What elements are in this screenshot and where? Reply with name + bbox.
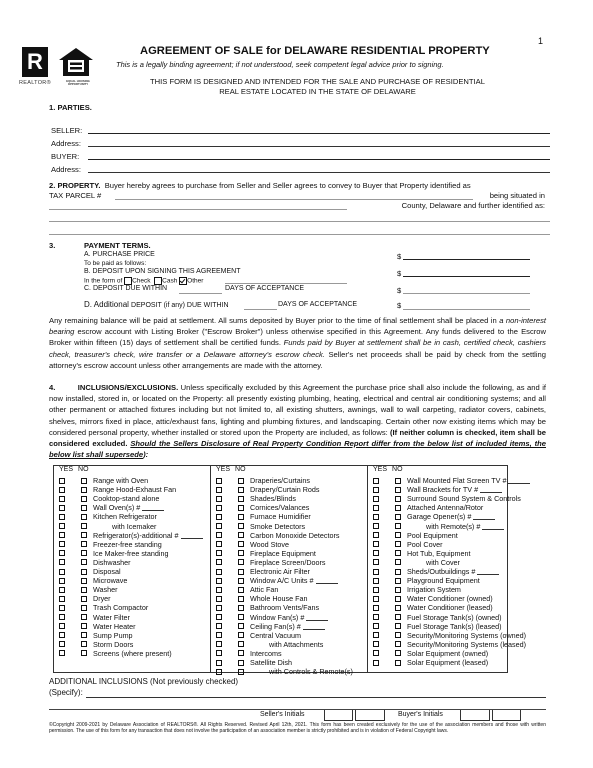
no-checkbox[interactable] [81, 532, 87, 538]
yes-checkbox[interactable] [59, 614, 65, 620]
no-checkbox[interactable] [238, 514, 244, 520]
inclusion-item-label: Garage Opener(s) # [407, 512, 471, 521]
no-checkbox[interactable] [81, 614, 87, 620]
yes-checkbox[interactable] [59, 632, 65, 638]
yes-header: YES [373, 466, 387, 473]
yes-checkbox[interactable] [216, 605, 222, 611]
inclusion-item: Draperies/Curtains [211, 476, 367, 485]
no-checkbox[interactable] [81, 587, 87, 593]
realtor-logo-icon: R [22, 47, 48, 77]
document-subtitle: This is a legally binding agreement; if … [116, 60, 444, 69]
inclusion-item-label: Attic Fan [250, 585, 278, 594]
seller-field[interactable] [88, 133, 550, 134]
inclusion-item: Freezer-free standing [54, 540, 210, 549]
yes-checkbox[interactable] [59, 623, 65, 629]
no-checkbox[interactable] [238, 569, 244, 575]
yes-checkbox[interactable] [373, 496, 379, 502]
yes-checkbox[interactable] [216, 669, 222, 675]
quantity-field[interactable] [482, 522, 504, 530]
yes-checkbox[interactable] [373, 596, 379, 602]
property-description-line-2[interactable] [49, 234, 550, 235]
inclusions-column-2: YESNO Draperies/CurtainsDrapery/Curtain … [211, 466, 368, 672]
equal-housing-label: EQUAL HOUSING OPPORTUNITY [60, 80, 96, 86]
inclusion-item-label: Security/Monitoring Systems (owned) [407, 631, 526, 640]
no-checkbox[interactable] [81, 550, 87, 556]
no-checkbox[interactable] [395, 614, 401, 620]
no-checkbox[interactable] [238, 487, 244, 493]
inclusion-item: Ice Maker-free standing [54, 549, 210, 558]
cash-checkbox[interactable] [154, 277, 162, 285]
buyer-label: BUYER: [51, 152, 79, 161]
yes-checkbox[interactable] [373, 632, 379, 638]
inclusion-item: Ceiling Fan(s) # [211, 622, 367, 631]
no-checkbox[interactable] [395, 569, 401, 575]
being-situated-text: being situated in [475, 191, 545, 200]
no-checkbox[interactable] [238, 650, 244, 656]
inclusion-item: Hot Tub, Equipment [368, 549, 507, 558]
inclusion-item: Window Fan(s) # [211, 613, 367, 622]
buyer-initials-box-1[interactable] [460, 710, 490, 721]
yes-checkbox[interactable] [216, 505, 222, 511]
yes-checkbox[interactable] [373, 623, 379, 629]
yes-checkbox[interactable] [59, 650, 65, 656]
yes-checkbox[interactable] [373, 514, 379, 520]
no-checkbox[interactable] [238, 505, 244, 511]
no-checkbox[interactable] [395, 505, 401, 511]
inclusion-item: Bathroom Vents/Fans [211, 603, 367, 612]
no-checkbox[interactable] [81, 650, 87, 656]
deposit-signing-label: B. DEPOSIT UPON SIGNING THIS AGREEMENT [84, 268, 241, 275]
tax-parcel-field[interactable] [115, 199, 473, 200]
no-checkbox[interactable] [238, 496, 244, 502]
balance-paragraph: Any remaining balance will be paid at se… [49, 315, 546, 371]
yes-checkbox[interactable] [59, 569, 65, 575]
inclusion-item: Dishwasher [54, 558, 210, 567]
inclusion-item-label: with Controls & Remote(s) [269, 667, 353, 676]
county-text: County, Delaware and further identified … [349, 201, 545, 210]
yes-checkbox[interactable] [216, 660, 222, 666]
inclusion-item-label: Security/Monitoring Systems (leased) [407, 640, 526, 649]
seller-initials-box-2[interactable] [355, 710, 385, 721]
no-checkbox[interactable] [395, 623, 401, 629]
yes-checkbox[interactable] [216, 650, 222, 656]
no-checkbox[interactable] [395, 550, 401, 556]
quantity-field[interactable] [480, 485, 502, 493]
inclusion-item: Wall Brackets for TV # [368, 485, 507, 494]
deposit-signing-field[interactable] [403, 276, 530, 277]
no-checkbox[interactable] [395, 532, 401, 538]
inclusion-item: Water Conditioner (leased) [368, 603, 507, 612]
yes-checkbox[interactable] [59, 559, 65, 565]
no-checkbox[interactable] [238, 532, 244, 538]
inclusion-item-label: Fireplace Screen/Doors [250, 558, 326, 567]
no-checkbox[interactable] [238, 660, 244, 666]
no-checkbox[interactable] [395, 514, 401, 520]
inclusion-item-label: Water Conditioner (owned) [407, 594, 493, 603]
yes-checkbox[interactable] [216, 478, 222, 484]
yes-checkbox[interactable] [59, 596, 65, 602]
inclusion-item-label: Range Hood-Exhaust Fan [93, 485, 176, 494]
no-checkbox[interactable] [238, 632, 244, 638]
quantity-field[interactable] [477, 567, 499, 575]
inclusion-item-label: Irrigation System [407, 585, 461, 594]
yes-checkbox[interactable] [216, 623, 222, 629]
inclusion-item-label: Whole House Fan [250, 594, 308, 603]
inclusion-item: Water Conditioner (owned) [368, 594, 507, 603]
yes-checkbox[interactable] [59, 523, 65, 529]
no-checkbox[interactable] [395, 660, 401, 666]
inclusion-item-label: Shades/Blinds [250, 494, 296, 503]
no-checkbox[interactable] [238, 523, 244, 529]
seller-label: SELLER: [51, 126, 82, 135]
no-checkbox[interactable] [238, 596, 244, 602]
inclusion-item: Kitchen Refrigerator [54, 512, 210, 521]
yes-checkbox[interactable] [373, 478, 379, 484]
inclusion-item: Carbon Monoxide Detectors [211, 531, 367, 540]
yes-checkbox[interactable] [59, 550, 65, 556]
inclusion-item-label: Microwave [93, 576, 127, 585]
no-checkbox[interactable] [238, 559, 244, 565]
inclusion-item-label: Cooktop-stand alone [93, 494, 159, 503]
yes-checkbox[interactable] [373, 650, 379, 656]
seller-address-field[interactable] [88, 146, 550, 147]
quantity-field[interactable] [316, 576, 338, 584]
no-checkbox[interactable] [395, 605, 401, 611]
yes-checkbox[interactable] [373, 487, 379, 493]
quantity-field[interactable] [142, 503, 164, 511]
yes-checkbox[interactable] [216, 559, 222, 565]
inclusion-item-label: Wall Brackets for TV # [407, 485, 478, 494]
inclusion-item: Smoke Detectors [211, 522, 367, 531]
no-checkbox[interactable] [395, 578, 401, 584]
inclusion-item: Security/Monitoring Systems (leased) [368, 640, 507, 649]
no-checkbox[interactable] [395, 641, 401, 647]
deposit-due-label: C. DEPOSIT DUE WITHIN [84, 285, 167, 292]
yes-checkbox[interactable] [373, 505, 379, 511]
yes-checkbox[interactable] [373, 578, 379, 584]
inclusion-item: Refrigerator(s)-additional # [54, 531, 210, 540]
inclusion-item-label: Bathroom Vents/Fans [250, 603, 319, 612]
no-checkbox[interactable] [395, 496, 401, 502]
inclusion-item: Intercoms [211, 649, 367, 658]
yes-checkbox[interactable] [373, 541, 379, 547]
yes-checkbox[interactable] [373, 587, 379, 593]
quantity-field[interactable] [181, 531, 203, 539]
yes-header: YES [59, 466, 73, 473]
inclusion-item-label: Hot Tub, Equipment [407, 549, 471, 558]
purchase-price-field[interactable] [403, 259, 530, 260]
no-checkbox[interactable] [238, 541, 244, 547]
page-number: 1 [538, 36, 543, 46]
inclusion-item-label: Water Conditioner (leased) [407, 603, 493, 612]
no-checkbox[interactable] [81, 496, 87, 502]
no-checkbox[interactable] [81, 514, 87, 520]
inclusions-column-3: YESNO Wall Mounted Flat Screen TV #Wall … [368, 466, 507, 672]
yes-checkbox[interactable] [373, 605, 379, 611]
payment-number: 3. [49, 241, 55, 250]
property-intro: 2. PROPERTY. Buyer hereby agrees to purc… [49, 181, 546, 190]
additional-deposit-days-text: DAYS OF ACCEPTANCE [278, 301, 357, 308]
yes-checkbox[interactable] [373, 523, 379, 529]
inclusion-item: Surround Sound System & Controls [368, 494, 507, 503]
inclusion-item: Fuel Storage Tank(s) (leased) [368, 622, 507, 631]
inclusion-item-label: Solar Equipment (owned) [407, 649, 488, 658]
no-checkbox[interactable] [81, 623, 87, 629]
county-field[interactable] [49, 209, 347, 210]
no-checkbox[interactable] [81, 505, 87, 511]
yes-checkbox[interactable] [216, 569, 222, 575]
purchase-price-label: A. PURCHASE PRICE [84, 251, 155, 258]
inclusion-item: Cornices/Valances [211, 503, 367, 512]
no-checkbox[interactable] [395, 487, 401, 493]
yes-checkbox[interactable] [216, 578, 222, 584]
no-checkbox[interactable] [81, 559, 87, 565]
inclusion-item-label: Storm Doors [93, 640, 133, 649]
dollar-sign: $ [397, 269, 401, 278]
inclusion-item: Whole House Fan [211, 594, 367, 603]
yes-checkbox[interactable] [59, 478, 65, 484]
dollar-sign: $ [397, 286, 401, 295]
tax-parcel-label: TAX PARCEL # [49, 191, 101, 200]
inclusion-item: Fuel Storage Tank(s) (owned) [368, 613, 507, 622]
yes-checkbox[interactable] [216, 550, 222, 556]
specify-label: (Specify): [49, 688, 83, 697]
no-checkbox[interactable] [395, 523, 401, 529]
inclusion-item: Attached Antenna/Rotor [368, 503, 507, 512]
yes-checkbox[interactable] [216, 541, 222, 547]
inclusion-item-label: Kitchen Refrigerator [93, 512, 157, 521]
yes-checkbox[interactable] [59, 587, 65, 593]
no-checkbox[interactable] [395, 632, 401, 638]
additional-deposit-days-field[interactable] [244, 309, 277, 310]
inclusion-item-label: Fireplace Equipment [250, 549, 316, 558]
no-checkbox[interactable] [238, 550, 244, 556]
inclusion-item: Fireplace Equipment [211, 549, 367, 558]
yes-checkbox[interactable] [216, 596, 222, 602]
inclusion-item-label: Draperies/Curtains [250, 476, 310, 485]
quantity-field[interactable] [473, 512, 495, 520]
yes-checkbox[interactable] [59, 505, 65, 511]
buyer-initials-box-2[interactable] [492, 710, 521, 721]
inclusion-item: Solar Equipment (owned) [368, 649, 507, 658]
no-checkbox[interactable] [81, 487, 87, 493]
inclusion-item: Playground Equipment [368, 576, 507, 585]
no-checkbox[interactable] [395, 650, 401, 656]
yes-checkbox[interactable] [216, 587, 222, 593]
buyer-address-field[interactable] [88, 172, 550, 173]
no-checkbox[interactable] [238, 578, 244, 584]
additional-deposit-field[interactable] [403, 309, 530, 310]
inclusions-paragraph: 4. INCLUSIONS/EXCLUSIONS. Unless specifi… [49, 382, 546, 460]
inclusion-item-label: Dishwasher [93, 558, 131, 567]
quantity-field[interactable] [306, 613, 328, 621]
inclusion-item-label: Attached Antenna/Rotor [407, 503, 483, 512]
yes-checkbox[interactable] [59, 487, 65, 493]
no-checkbox[interactable] [238, 478, 244, 484]
yes-checkbox[interactable] [373, 641, 379, 647]
additional-deposit-label: D. Additional DEPOSIT (if any) DUE WITHI… [84, 300, 229, 309]
document-title: AGREEMENT OF SALE for DELAWARE RESIDENTI… [140, 45, 490, 57]
yes-checkbox[interactable] [216, 614, 222, 620]
no-checkbox[interactable] [81, 596, 87, 602]
yes-header: YES [216, 466, 230, 473]
inclusion-item: Pool Cover [368, 540, 507, 549]
inclusion-item: Electronic Air Filter [211, 567, 367, 576]
no-checkbox[interactable] [81, 605, 87, 611]
inclusion-item-label: with Remote(s) # [426, 522, 480, 531]
no-checkbox[interactable] [395, 559, 401, 565]
deposit-due-days-field[interactable] [179, 293, 222, 294]
inclusions-table: YESNO Range with OvenRange Hood-Exhaust … [53, 465, 508, 673]
no-checkbox[interactable] [81, 632, 87, 638]
no-checkbox[interactable] [395, 478, 401, 484]
yes-checkbox[interactable] [373, 614, 379, 620]
quantity-field[interactable] [303, 622, 325, 630]
no-checkbox[interactable] [395, 587, 401, 593]
inclusion-item-label: Playground Equipment [407, 576, 480, 585]
dollar-sign: $ [397, 252, 401, 261]
inclusion-item: Dryer [54, 594, 210, 603]
deposit-due-days-text: DAYS OF ACCEPTANCE [225, 285, 304, 292]
no-header: NO [235, 466, 246, 473]
quantity-field[interactable] [508, 476, 530, 484]
inclusion-item: Washer [54, 585, 210, 594]
yes-checkbox[interactable] [59, 514, 65, 520]
buyer-initials-label: Buyer's Initials [398, 711, 443, 718]
yes-checkbox[interactable] [373, 559, 379, 565]
inclusion-item: Solar Equipment (leased) [368, 658, 507, 667]
inclusion-item-label: Surround Sound System & Controls [407, 494, 521, 503]
payment-heading: PAYMENT TERMS. [84, 241, 151, 250]
inclusion-item-label: Sheds/Outbuildings # [407, 567, 475, 576]
other-checkbox[interactable] [179, 277, 187, 285]
yes-checkbox[interactable] [59, 496, 65, 502]
yes-checkbox[interactable] [59, 541, 65, 547]
inclusion-item: Satellite Dish [211, 658, 367, 667]
inclusion-item: Water Filter [54, 613, 210, 622]
yes-checkbox[interactable] [59, 641, 65, 647]
yes-checkbox[interactable] [216, 496, 222, 502]
inclusion-item: Disposal [54, 567, 210, 576]
inclusion-item: Security/Monitoring Systems (owned) [368, 631, 507, 640]
no-checkbox[interactable] [81, 523, 87, 529]
realtor-label: REALTOR® [19, 80, 51, 86]
inclusion-item-label: Wall Mounted Flat Screen TV # [407, 476, 506, 485]
no-checkbox[interactable] [81, 641, 87, 647]
inclusion-item: Wall Mounted Flat Screen TV # [368, 476, 507, 485]
inclusion-item: Furnace Humidifier [211, 512, 367, 521]
property-description-line-1[interactable] [49, 221, 550, 222]
yes-checkbox[interactable] [373, 550, 379, 556]
inclusion-item: Range Hood-Exhaust Fan [54, 485, 210, 494]
no-checkbox[interactable] [238, 623, 244, 629]
inclusion-item-label: Refrigerator(s)-additional # [93, 531, 179, 540]
inclusion-item-label: Water Heater [93, 622, 135, 631]
inclusion-item: with Cover [368, 558, 507, 567]
inclusion-item-label: Trash Compactor [93, 603, 148, 612]
inclusion-item-label: Pool Cover [407, 540, 443, 549]
inclusion-item-label: Central Vacuum [250, 631, 301, 640]
other-form-field[interactable] [225, 283, 347, 284]
yes-checkbox[interactable] [216, 523, 222, 529]
seller-initials-label: Seller's Initials [260, 711, 305, 718]
inclusion-item: with Remote(s) # [368, 522, 507, 531]
inclusion-item: Garage Opener(s) # [368, 512, 507, 521]
specify-field[interactable] [86, 697, 546, 698]
inclusion-item-label: Ice Maker-free standing [93, 549, 169, 558]
inclusion-item: Cooktop-stand alone [54, 494, 210, 503]
yes-checkbox[interactable] [216, 532, 222, 538]
inclusion-item: Sheds/Outbuildings # [368, 567, 507, 576]
inclusion-item: Storm Doors [54, 640, 210, 649]
inclusion-item: Attic Fan [211, 585, 367, 594]
no-checkbox[interactable] [395, 541, 401, 547]
buyer-field[interactable] [88, 159, 550, 160]
to-be-paid-label: To be paid as follows: [84, 260, 146, 267]
inclusion-item-label: Wood Stove [250, 540, 289, 549]
inclusion-item: Trash Compactor [54, 603, 210, 612]
inclusion-item-label: Washer [93, 585, 118, 594]
intended-notice: THIS FORM IS DESIGNED AND INTENDED FOR T… [120, 77, 515, 97]
parties-heading: 1. PARTIES. [49, 103, 92, 112]
no-checkbox[interactable] [81, 478, 87, 484]
no-checkbox[interactable] [81, 541, 87, 547]
inclusion-item-label: Wall Oven(s) # [93, 503, 140, 512]
inclusion-item-label: Window Fan(s) # [250, 613, 304, 622]
yes-checkbox[interactable] [373, 660, 379, 666]
inclusion-item-label: with Attachments [269, 640, 323, 649]
deposit-due-field[interactable] [403, 293, 530, 294]
inclusion-item: Drapery/Curtain Rods [211, 485, 367, 494]
yes-checkbox[interactable] [373, 532, 379, 538]
seller-address-label: Address: [51, 139, 81, 148]
inclusion-item-label: Ceiling Fan(s) # [250, 622, 301, 631]
no-checkbox[interactable] [238, 669, 244, 675]
deposit-form-row: In the form of Check Cash Other [84, 277, 203, 285]
inclusion-item: Central Vacuum [211, 631, 367, 640]
no-checkbox[interactable] [81, 569, 87, 575]
yes-checkbox[interactable] [373, 569, 379, 575]
inclusion-item-label: Window A/C Units # [250, 576, 314, 585]
inclusion-item-label: Furnace Humidifier [250, 512, 311, 521]
inclusion-item: Pool Equipment [368, 531, 507, 540]
yes-checkbox[interactable] [216, 632, 222, 638]
yes-checkbox[interactable] [216, 514, 222, 520]
yes-checkbox[interactable] [216, 487, 222, 493]
copyright-notice: ©Copyright 2009-2021 by Delaware Associa… [49, 722, 546, 734]
inclusion-item: Irrigation System [368, 585, 507, 594]
inclusion-item-label: Water Filter [93, 613, 130, 622]
seller-initials-box-1[interactable] [324, 710, 353, 721]
inclusion-item: with Icemaker [54, 522, 210, 531]
no-checkbox[interactable] [238, 614, 244, 620]
no-checkbox[interactable] [81, 578, 87, 584]
yes-checkbox[interactable] [216, 641, 222, 647]
yes-checkbox[interactable] [59, 578, 65, 584]
no-checkbox[interactable] [238, 605, 244, 611]
yes-checkbox[interactable] [59, 605, 65, 611]
no-header: NO [392, 466, 403, 473]
no-checkbox[interactable] [238, 587, 244, 593]
yes-checkbox[interactable] [59, 532, 65, 538]
inclusion-item: Window A/C Units # [211, 576, 367, 585]
no-checkbox[interactable] [238, 641, 244, 647]
check-checkbox[interactable] [124, 277, 132, 285]
additional-inclusions-label: ADDITIONAL INCLUSIONS (Not previously ch… [49, 677, 238, 686]
inclusion-item-label: with Cover [426, 558, 460, 567]
inclusion-item: Wood Stove [211, 540, 367, 549]
no-checkbox[interactable] [395, 596, 401, 602]
